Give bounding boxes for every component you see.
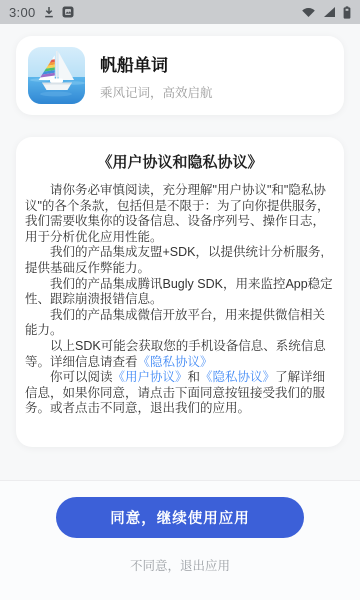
agreement-paragraph: 你可以阅读《用户协议》和《隐私协议》了解详细信息，如果你同意，请点击下面同意按钮…	[25, 370, 335, 417]
app-title: 帆船单词	[100, 51, 213, 76]
paragraph-text: 我们的产品集成微信开放平台，用来提供微信相关能力。	[25, 308, 325, 338]
agreement-paragraph: 以上SDK可能会获取您的手机设备信息、系统信息等。详细信息请查看《隐私协议》	[25, 339, 335, 370]
wifi-icon	[301, 6, 316, 18]
status-bar-right	[301, 6, 351, 19]
agreement-paragraph: 我们的产品集成腾讯Bugly SDK，用来监控App稳定性、跟踪崩溃报错信息。	[25, 277, 335, 308]
paragraph-text: 请你务必审慎阅读，充分理解"用户协议"和"隐私协议"的各个条款，包括但是不限于：…	[25, 183, 329, 244]
paragraph-text: 和	[188, 370, 201, 384]
paragraph-text: 你可以阅读	[50, 370, 113, 384]
status-time: 3:00	[9, 5, 36, 20]
paragraph-text: 我们的产品集成友盟+SDK，以提供统计分析服务,提供基础反作弊能力。	[25, 245, 324, 275]
privacy-policy-link[interactable]: 《隐私协议》	[200, 370, 275, 384]
agreement-paragraph: 请你务必审慎阅读，充分理解"用户协议"和"隐私协议"的各个条款，包括但是不限于：…	[25, 183, 335, 245]
user-agreement-link[interactable]: 《用户协议》	[113, 370, 188, 384]
bottom-action-bar: 同意，继续使用应用 不同意，退出应用	[0, 480, 360, 600]
disagree-button[interactable]: 不同意，退出应用	[0, 556, 360, 574]
status-bar: 3:00	[0, 0, 360, 24]
sailboat-app-icon	[28, 47, 85, 104]
app-subtitle: 乘风记词，高效启航	[100, 83, 213, 101]
paragraph-text: 我们的产品集成腾讯Bugly SDK，用来监控App稳定性、跟踪崩溃报错信息。	[25, 277, 333, 307]
dialog-title: 《用户协议和隐私协议》	[25, 151, 335, 172]
agreement-paragraph: 我们的产品集成友盟+SDK，以提供统计分析服务,提供基础反作弊能力。	[25, 245, 335, 276]
agreement-dialog: 《用户协议和隐私协议》 请你务必审慎阅读，充分理解"用户协议"和"隐私协议"的各…	[16, 137, 344, 447]
dialog-body: 请你务必审慎阅读，充分理解"用户协议"和"隐私协议"的各个条款，包括但是不限于：…	[25, 183, 335, 417]
status-bar-left: 3:00	[9, 5, 74, 20]
signal-icon	[323, 6, 336, 18]
agreement-paragraph: 我们的产品集成微信开放平台，用来提供微信相关能力。	[25, 308, 335, 339]
battery-icon	[343, 6, 351, 19]
notification-icon	[62, 6, 74, 18]
privacy-policy-link[interactable]: 《隐私协议》	[138, 355, 213, 369]
app-meta: 帆船单词 乘风记词，高效启航	[100, 51, 213, 101]
download-icon	[43, 6, 55, 18]
agree-button[interactable]: 同意，继续使用应用	[56, 497, 304, 538]
app-header-card: 帆船单词 乘风记词，高效启航	[16, 36, 344, 115]
app-screen: 3:00	[0, 0, 360, 600]
